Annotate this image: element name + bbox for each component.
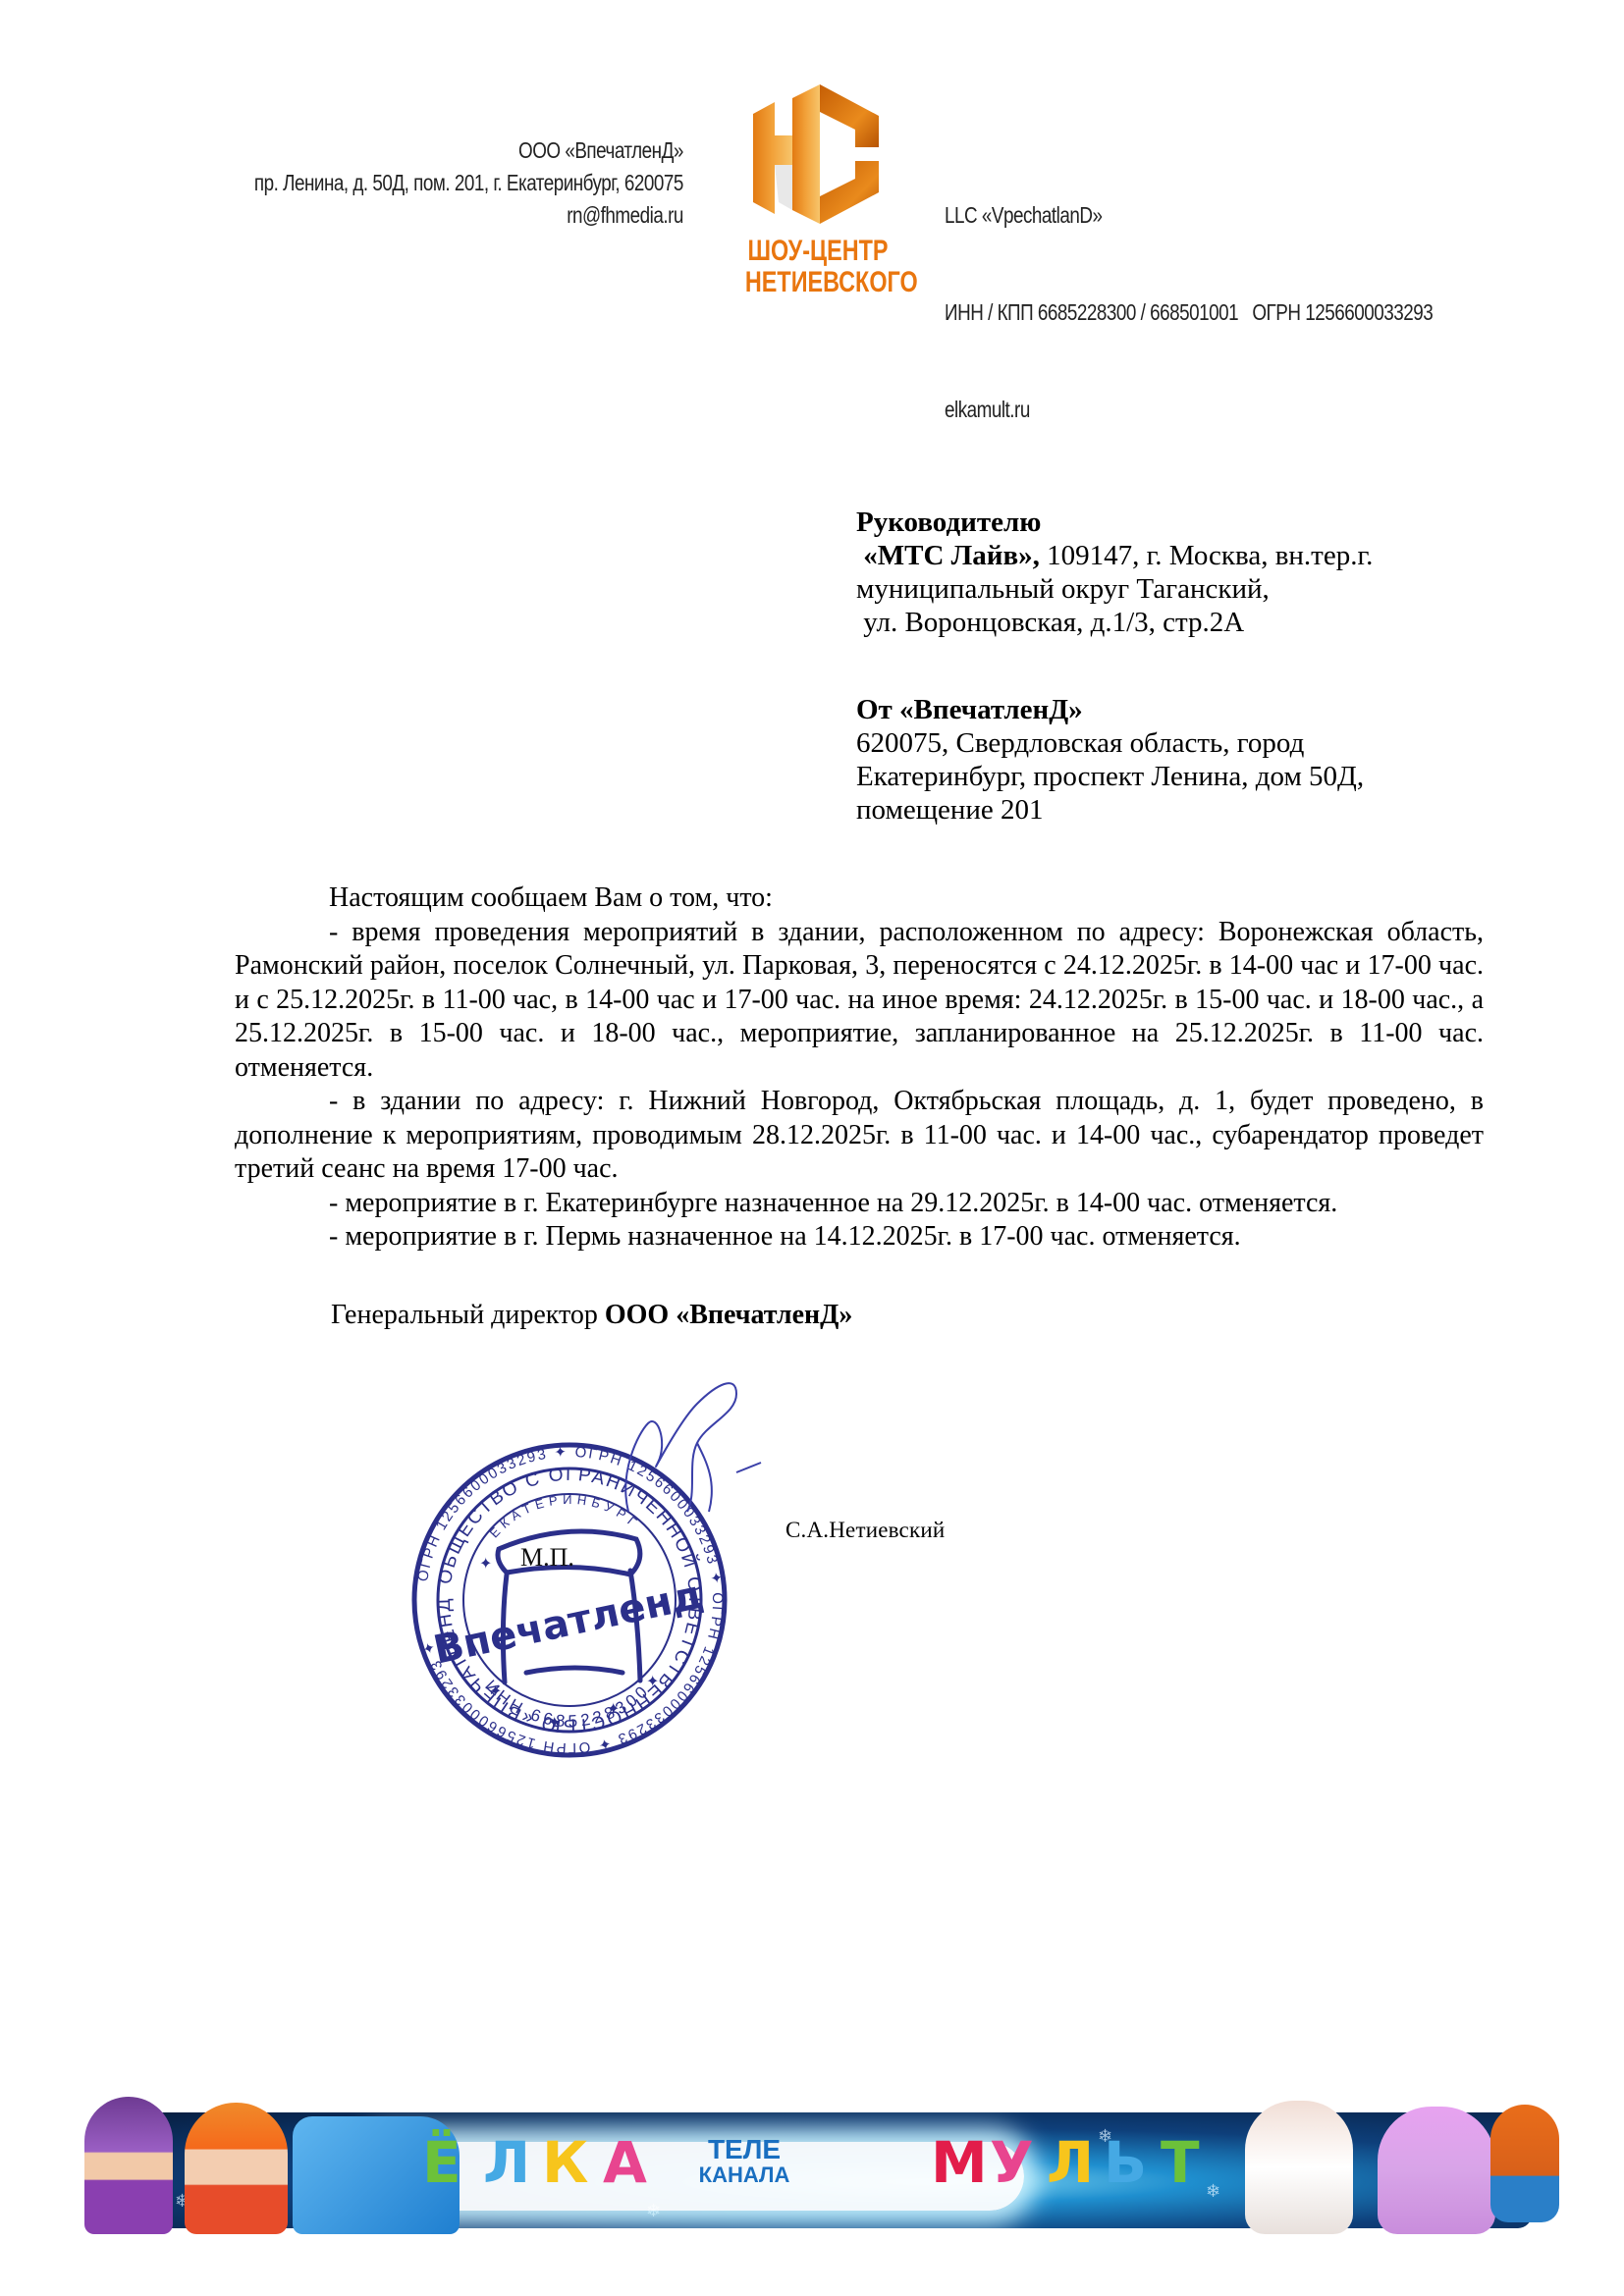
paragraph-voronezh: - время проведения мероприятий в здании,… [235, 916, 1484, 1086]
company-website: elkamult.ru [945, 394, 1433, 426]
svg-text:✦: ✦ [656, 1593, 669, 1612]
elka-telekanala-mult-banner: ❄ ❄ ❄ ❄ ❄ Ё Л К А ТЕЛЕ КАНАЛА М У Л Ь Т [77, 2091, 1549, 2238]
recipient-title: Руководителю [856, 507, 1041, 538]
signatory-position: Генеральный директор ООО «ВпечатленД» [331, 1300, 852, 1331]
recipient-address-3: ул. Воронцовская, д.1/3, стр.2А [856, 606, 1373, 639]
intro-paragraph: Настоящим сообщаем Вам о том, что: [235, 881, 1484, 916]
company-name-ru: ООО «ВпечатленД» [254, 134, 683, 167]
character-luntik-icon [1378, 2107, 1495, 2234]
sender-address-1: 620075, Свердловская область, город [856, 726, 1364, 760]
banner-letter: Л [1047, 2133, 1094, 2192]
svg-text:✦: ✦ [489, 1682, 502, 1700]
banner-letter: У [990, 2133, 1034, 2192]
banner-letter: Ё [422, 2133, 461, 2192]
recipient-org: «МТС Лайв», [856, 540, 1040, 571]
signer-name: С.А.Нетиевский [785, 1518, 945, 1543]
stamp-placeholder-label: М.П. [520, 1543, 574, 1573]
character-bear-icon [1490, 2105, 1559, 2222]
logo-line-2: НЕТИЕВСКОГО [745, 267, 891, 298]
paragraph-ekaterinburg: - мероприятие в г. Екатеринбурге назначе… [235, 1187, 1484, 1221]
banner-letter: Л [483, 2133, 530, 2192]
banner-letter: А [603, 2133, 647, 2192]
logo-line-1: ШОУ-ЦЕНТР [745, 236, 891, 267]
svg-text:✦: ✦ [607, 1699, 620, 1718]
svg-text:Впечатленд: Впечатленд [430, 1573, 708, 1674]
paragraph-nizhny-novgorod: - в здании по адресу: г. Нижний Новгород… [235, 1085, 1484, 1187]
letterhead-company-info-en: LLC «VpechatlanD» ИНН / КПП 6685228300 /… [945, 134, 1433, 458]
sender-title: От «ВпечатленД» [856, 694, 1083, 725]
hc-monogram-icon [749, 77, 887, 234]
company-address: пр. Ленина, д. 50Д, пом. 201, г. Екатери… [254, 167, 683, 199]
svg-text:✦: ✦ [479, 1554, 492, 1573]
svg-text:ИНН 6685228300: ИНН 6685228300 [481, 1677, 654, 1731]
character-booba-icon [1245, 2101, 1353, 2234]
company-email: rn@fhmedia.ru [254, 199, 683, 232]
recipient-address-1: 109147, г. Москва, вн.тер.г. [1040, 540, 1373, 571]
character-girl-redhead-icon [185, 2103, 288, 2234]
letter-body: Настоящим сообщаем Вам о том, что: - вре… [235, 881, 1484, 1255]
logo-text: ШОУ-ЦЕНТР НЕТИЕВСКОГО [745, 236, 891, 298]
recipient-address-2: муниципальный округ Таганский, [856, 572, 1373, 606]
banner-kanala: КАНАЛА [685, 2163, 803, 2187]
handwritten-signature-icon [589, 1364, 785, 1522]
banner-letter: Ь [1104, 2133, 1147, 2192]
company-name-en: LLC «VpechatlanD» [945, 199, 1433, 232]
svg-text:✦: ✦ [548, 1713, 561, 1732]
recipient-block: Руководителю «МТС Лайв», 109147, г. Моск… [856, 506, 1373, 639]
sender-address-3: помещение 201 [856, 793, 1364, 827]
show-center-logo: ШОУ-ЦЕНТР НЕТИЕВСКОГО [725, 77, 911, 298]
banner-letter: Т [1161, 2133, 1200, 2192]
company-registration-numbers: ИНН / КПП 6685228300 / 668501001 ОГРН 12… [945, 296, 1433, 329]
sender-address-2: Екатеринбург, проспект Ленина, дом 50Д, [856, 760, 1364, 793]
character-girl-purple-icon [84, 2097, 173, 2234]
position-company: ООО «ВпечатленД» [605, 1300, 853, 1330]
banner-letter: К [542, 2133, 588, 2192]
banner-tele-kanala: ТЕЛЕ КАНАЛА [685, 2136, 803, 2187]
paragraph-perm: - мероприятие в г. Пермь назначенное на … [235, 1220, 1484, 1255]
svg-text:✦: ✦ [646, 1672, 659, 1690]
banner-tele: ТЕЛЕ [685, 2136, 803, 2163]
sender-block: От «ВпечатленД» 620075, Свердловская обл… [856, 693, 1364, 827]
position-title: Генеральный директор [331, 1300, 605, 1330]
letterhead-company-info-ru: ООО «ВпечатленД» пр. Ленина, д. 50Д, пом… [254, 134, 683, 232]
banner-letter: М [931, 2133, 988, 2192]
